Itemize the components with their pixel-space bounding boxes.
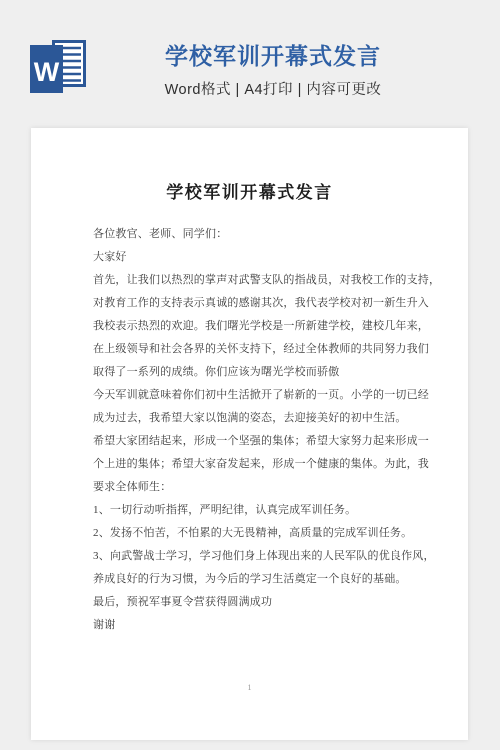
document-line: 对教育工作的支持表示真诚的感谢其次，我代表学校对初一新生升入 (93, 292, 448, 315)
page-number: 1 (31, 683, 468, 692)
document-line: 希望大家团结起来，形成一个坚强的集体；希望大家努力起来形成一 (93, 430, 448, 453)
document-line: 2、发扬不怕苦，不怕累的大无畏精神，高质量的完成军训任务。 (93, 522, 448, 545)
document-body: 各位教官、老师、同学们：大家好首先，让我们以热烈的掌声对武警支队的指战员，对我校… (93, 223, 448, 637)
document-line: 各位教官、老师、同学们： (93, 223, 448, 246)
document-title: 学校军训开幕式发言 (31, 128, 468, 203)
document-line: 谢谢 (93, 614, 448, 637)
page-subtitle: Word格式 | A4打印 | 内容可更改 (46, 78, 500, 99)
header: 学校军训开幕式发言 Word格式 | A4打印 | 内容可更改 (46, 42, 500, 99)
document-line: 养成良好的行为习惯，为今后的学习生活奠定一个良好的基础。 (93, 568, 448, 591)
document-line: 个上进的集体；希望大家奋发起来，形成一个健康的集体。为此，我 (93, 453, 448, 476)
document-line: 我校表示热烈的欢迎。我们曙光学校是一所新建学校，建校几年来， (93, 315, 448, 338)
document-line: 首先，让我们以热烈的掌声对武警支队的指战员，对我校工作的支持， (93, 269, 448, 292)
document-line: 3、向武警战士学习，学习他们身上体现出来的人民军队的优良作风， (93, 545, 448, 568)
page-title: 学校军训开幕式发言 (46, 42, 500, 70)
document-line: 取得了一系列的成绩。你们应该为曙光学校而骄傲 (93, 361, 448, 384)
document-line: 1、一切行动听指挥，严明纪律，认真完成军训任务。 (93, 499, 448, 522)
document-line: 在上级领导和社会各界的关怀支持下，经过全体教师的共同努力我们 (93, 338, 448, 361)
document-line: 成为过去，我希望大家以饱满的姿态，去迎接美好的初中生活。 (93, 407, 448, 430)
document-page: 学校军训开幕式发言 各位教官、老师、同学们：大家好首先，让我们以热烈的掌声对武警… (31, 128, 468, 740)
document-line: 要求全体师生： (93, 476, 448, 499)
document-line: 今天军训就意味着你们初中生活掀开了崭新的一页。小学的一切已经 (93, 384, 448, 407)
document-line: 大家好 (93, 246, 448, 269)
template-preview-screen: W 学校军训开幕式发言 Word格式 | A4打印 | 内容可更改 学校军训开幕… (0, 0, 500, 750)
document-line: 最后，预祝军事夏令营获得圆满成功 (93, 591, 448, 614)
